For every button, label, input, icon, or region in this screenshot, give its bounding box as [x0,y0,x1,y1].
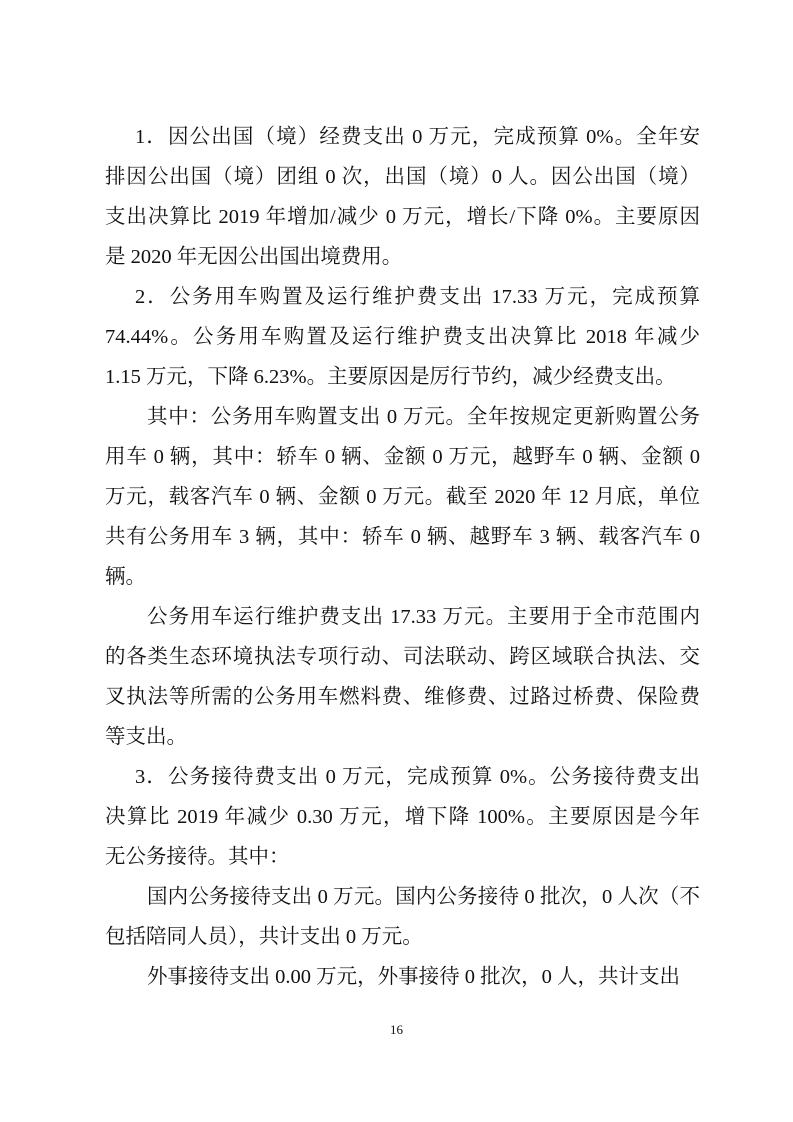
text-line: 排因公出国（境）团组 0 次，出国（境）0 人。因公出国（境） [105,157,700,197]
text-line: 包括陪同人员），共计支出 0 万元。 [105,917,700,957]
text-line: 其中：公务用车购置支出 0 万元。全年按规定更新购置公务 [105,397,700,437]
text-line: 无公务接待。其中： [105,837,700,877]
text-line: 的各类生态环境执法专项行动、司法联动、跨区域联合执法、交 [105,637,700,677]
text-line: 国内公务接待支出 0 万元。国内公务接待 0 批次，0 人次（不 [105,877,700,917]
paragraph-official-reception-expense: 3．公务接待费支出 0 万元，完成预算 0%。公务接待费支出决算比 2019 年… [105,757,700,877]
paragraph-domestic-reception-detail: 国内公务接待支出 0 万元。国内公务接待 0 批次，0 人次（不包括陪同人员），… [105,877,700,957]
text-line: 1．因公出国（境）经费支出 0 万元，完成预算 0%。全年安 [105,117,700,157]
paragraph-overseas-travel-expense: 1．因公出国（境）经费支出 0 万元，完成预算 0%。全年安排因公出国（境）团组… [105,117,700,277]
text-line: 外事接待支出 0.00 万元，外事接待 0 批次，0 人，共计支出 [105,957,700,997]
text-line: 等支出。 [105,717,700,757]
text-line: 1.15 万元，下降 6.23%。主要原因是厉行节约，减少经费支出。 [105,357,700,397]
paragraph-vehicle-purchase-detail: 其中：公务用车购置支出 0 万元。全年按规定更新购置公务用车 0 辆，其中：轿车… [105,397,700,597]
text-line: 74.44%。公务用车购置及运行维护费支出决算比 2018 年减少 [105,317,700,357]
text-line: 万元，载客汽车 0 辆、金额 0 万元。截至 2020 年 12 月底，单位 [105,477,700,517]
paragraph-vehicle-purchase-maintenance-expense: 2．公务用车购置及运行维护费支出 17.33 万元，完成预算74.44%。公务用… [105,277,700,397]
text-line: 2．公务用车购置及运行维护费支出 17.33 万元，完成预算 [105,277,700,317]
text-line: 用车 0 辆，其中：轿车 0 辆、金额 0 万元，越野车 0 辆、金额 0 [105,437,700,477]
text-line: 叉执法等所需的公务用车燃料费、维修费、过路过桥费、保险费 [105,677,700,717]
text-line: 是 2020 年无因公出国出境费用。 [105,237,700,277]
text-line: 3．公务接待费支出 0 万元，完成预算 0%。公务接待费支出 [105,757,700,797]
document-page: 1．因公出国（境）经费支出 0 万元，完成预算 0%。全年安排因公出国（境）团组… [0,0,793,1122]
document-body: 1．因公出国（境）经费支出 0 万元，完成预算 0%。全年安排因公出国（境）团组… [105,117,700,997]
text-line: 公务用车运行维护费支出 17.33 万元。主要用于全市范围内 [105,597,700,637]
text-line: 决算比 2019 年减少 0.30 万元，增下降 100%。主要原因是今年 [105,797,700,837]
text-line: 支出决算比 2019 年增加/减少 0 万元，增长/下降 0%。主要原因 [105,197,700,237]
text-line: 共有公务用车 3 辆，其中：轿车 0 辆、越野车 3 辆、载客汽车 0 [105,517,700,557]
page-number: 16 [0,1020,793,1040]
paragraph-foreign-affairs-reception-detail: 外事接待支出 0.00 万元，外事接待 0 批次，0 人，共计支出 [105,957,700,997]
paragraph-vehicle-operation-maintenance-detail: 公务用车运行维护费支出 17.33 万元。主要用于全市范围内的各类生态环境执法专… [105,597,700,757]
text-line: 辆。 [105,557,700,597]
